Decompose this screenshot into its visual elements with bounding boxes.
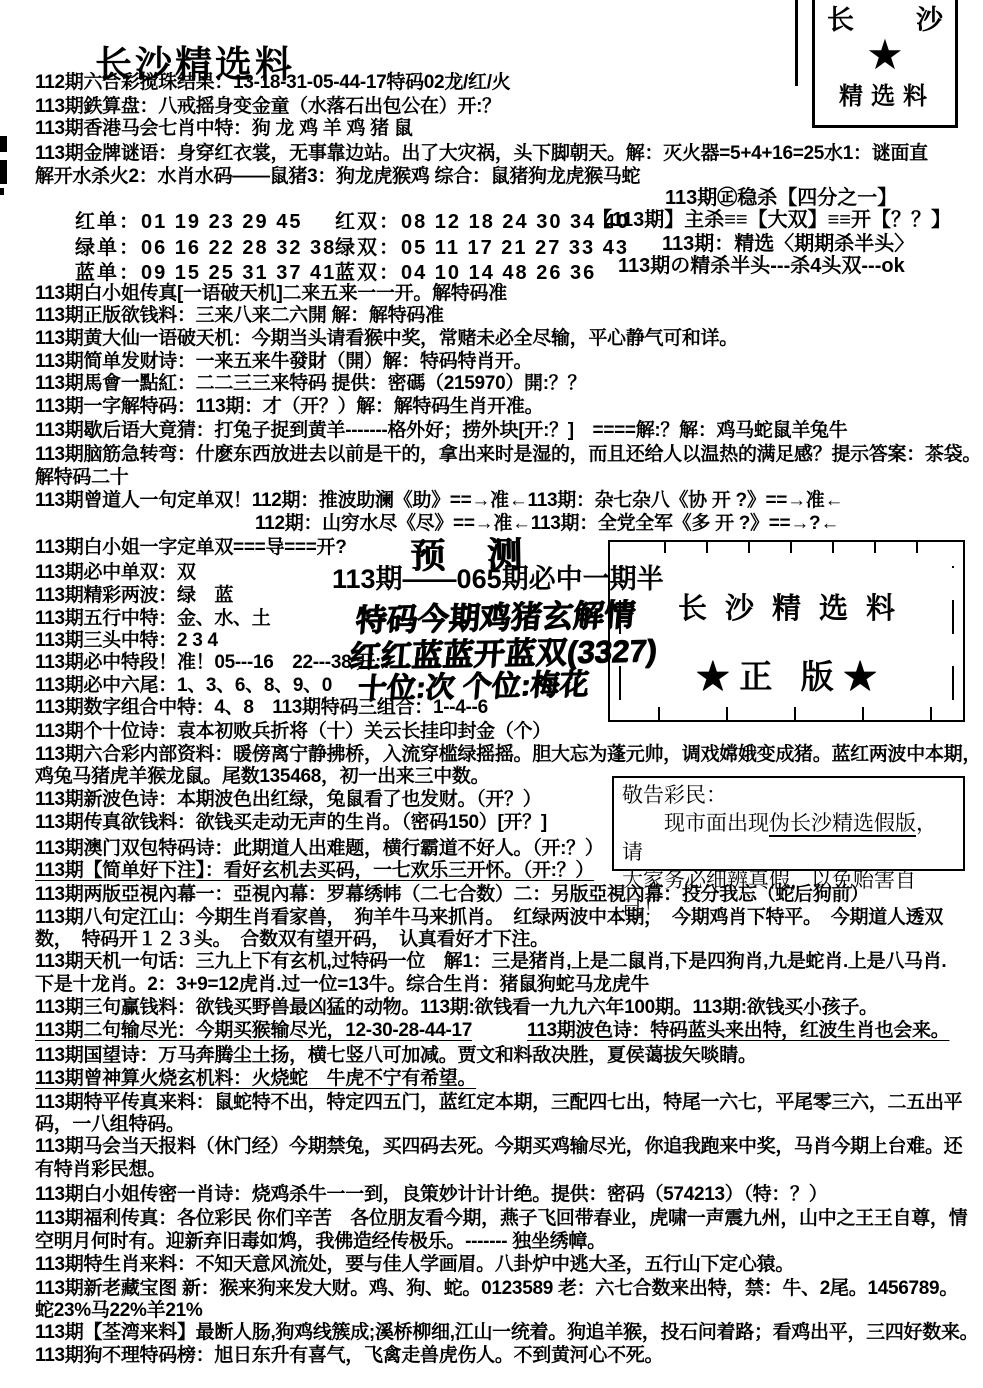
- text-line: 113期歇后语大竟猜：打兔子捉到黄羊-------格外好；捞外块[开:？] ==…: [35, 420, 847, 442]
- text-line: 113期特平传真来料：鼠蛇特不出，特定四五门，蓝红定本期，三配四七出，特尾一六七…: [35, 1092, 962, 1114]
- corner-stamp-city-right: 沙: [916, 0, 943, 37]
- text-line: 113期福利传真：各位彩民 你们辛苦 各位朋友看今期，燕子飞回带春业，虎啸一声震…: [35, 1208, 967, 1230]
- text-line: 鸡兔马猪虎羊猴龙鼠。尾数135468，初一出来三中数。: [35, 766, 489, 788]
- text-line: 113期必中特段！准！05---16 22---38 开:?: [35, 652, 392, 674]
- authenticity-stamp: 长沙精选料 ★正 版★: [608, 540, 965, 722]
- corner-stamp: 长 沙 ★ 精选料: [812, 0, 958, 128]
- notice-line2-prefix: 现市面出现: [664, 811, 769, 835]
- kill-block-line: 113期の精杀半头---杀4头双---ok: [618, 249, 905, 278]
- text-line: 113期【荃湾来料】最断人肠,狗鸡线簇成;溪桥柳细,江山一统着。狗追羊猴，投石问…: [35, 1322, 978, 1344]
- text-line: 113期白小姐传真[一语破天机]二来五来一一开。解特码准: [35, 283, 507, 305]
- text-line: 113期曾道人一句定单双！112期：推波助澜《助》==→准←113期：杂七杂八《…: [35, 490, 843, 512]
- scan-artifact: [0, 188, 4, 195]
- text-line: 113期新老藏宝图 新：猴来狗来发大财。鸡、狗、蛇。0123589 老：六七合数…: [35, 1278, 958, 1300]
- text-line: 113期金牌谜语：身穿红衣裳，无事靠边站。出了大灾祸，头下脚朝天。解：灭火器=5…: [35, 143, 928, 165]
- text-line-underlined: 113期波色诗：特码蓝头来出特，红波生肖也会来。: [527, 1020, 949, 1042]
- text-line: 113期馬會一點紅：二二三三来特码 提供：密碼（215970）開:？？: [35, 373, 586, 395]
- text-line: 解开水杀火2：水肖水码——鼠猪3：狗龙虎猴鸡 综合：鼠猪狗龙虎猴马蛇: [35, 166, 640, 188]
- scan-artifact: [0, 136, 7, 152]
- stamp-perforation: [619, 566, 621, 700]
- text-line: 113期一字解特码：113期：才（开？）解：解特码生肖开准。: [35, 396, 543, 418]
- stamp-name: 长沙精选料: [610, 586, 963, 627]
- text-line: 113期三句赢钱料：欲钱买野兽最凶猛的动物。113期:欲钱看一九九六年100期。…: [35, 997, 878, 1019]
- text-line: 113期传真欲钱料：欲钱买走动无声的生肖。（密码150）[开？]: [35, 812, 547, 834]
- text-line: 113期马会当天报料（休门经）今期禁兔，买四码去死。今期买鸡输尽光，你追我跑来中…: [35, 1136, 962, 1158]
- text-line: 113期白小姐一字定单双===导===开?: [35, 537, 347, 559]
- text-line: 112期六合彩搅珠结果：13-18-31-05-44-17特码02龙/红/火: [35, 72, 510, 94]
- text-line: 113期五行中特：金、水、土: [35, 608, 270, 630]
- stamp-outer-line: [795, 0, 798, 86]
- text-line: 113期个十位诗：袁本初败兵折将（十）关云长挂印封金（个）: [35, 721, 551, 743]
- text-line: 113期新波色诗：本期波色出红绿，兔鼠看了也发财。（开？）: [35, 789, 541, 811]
- notice-box: 敬告彩民： 现市面出现伪长沙精选假版，请 大家务必细辨真假，以免贻害自己！: [612, 776, 965, 871]
- text-line: 113期国望诗：万马奔腾尘土扬，横七竖八可加减。贾文和料敌决胜，夏侯蔼拔矢啖睛。: [35, 1045, 757, 1067]
- text-line: 113期特生肖来料：不知天意风流处，要与佳人学画眉。八卦炉中逃大圣，五行山下定心…: [35, 1254, 794, 1276]
- text-line: 113期必中单双：双: [35, 562, 196, 584]
- text-line: 113期白小姐传密一肖诗：烧鸡杀牛一一到，良策妙计计计绝。提供：密码（57421…: [35, 1184, 827, 1206]
- stamp-perforation: [624, 707, 949, 720]
- stamp-edition: ★正 版★: [610, 651, 963, 698]
- text-line: 113期六合彩内部资料：暖傍离宁静拂桥，入流穿槛绿摇摇。胆大忘为蓬元帅，调戏嫦娥…: [35, 744, 981, 766]
- number-row-blue-even: 蓝双：04 10 14 48 26 36: [335, 256, 596, 285]
- text-line-underlined: 113期二句输尽光：今期买猴输尽光，12-30-28-44-17: [35, 1020, 472, 1042]
- text-line: 码，一八组特码。: [35, 1114, 185, 1136]
- text-line: 113期鉄算盘：八戒摇身变金童（水落石出包公在）开:？: [35, 96, 501, 118]
- number-row-red-odd: 红单：01 19 23 29 45: [75, 205, 302, 234]
- text-line: 113期天机一句话：三九上下有玄机,过特码一位 解1：三是猪肖,上是二鼠肖,下是…: [35, 951, 946, 973]
- corner-stamp-city-left: 长: [827, 0, 854, 37]
- star-icon: ★: [815, 37, 955, 73]
- text-line: 下是十龙肖。2：3+9=12虎肖.过一位=13牛。综合生肖：猪鼠狗蛇马龙虎牛: [35, 974, 649, 996]
- text-line: 113期精彩两波：绿 蓝: [35, 585, 233, 607]
- text-line: 113期黄大仙一语破天机：今期当头请看猴中奖，常赌未必全尽输，平心静气可和详。: [35, 328, 738, 350]
- notice-line2-underlined: 伪长沙精选假版: [769, 811, 916, 837]
- stamp-perforation: [624, 542, 949, 553]
- handwriting-line: 十位:次 个位:梅花: [356, 662, 590, 708]
- text-line: 113期澳门双包特码诗：此期道人出难题，横行霸道不好人。（开:？）: [35, 838, 604, 860]
- text-line: 有特肖彩民想。: [35, 1159, 166, 1181]
- notice-heading: 敬告彩民：: [622, 781, 955, 809]
- stamp-perforation: [952, 566, 954, 700]
- text-line: 113期香港马会七肖中特：狗 龙 鸡 羊 鸡 猪 鼠: [35, 118, 413, 140]
- text-line-underlined: 113期【简单好下注】：看好玄机去买码，一七欢乐三开怀。（开:？）: [35, 860, 594, 882]
- text-line: 113期狗不理特码榜：旭日东升有喜气，飞禽走兽虎伤人。不到黄河心不死。: [35, 1345, 663, 1367]
- text-line: 113期简单发财诗：一来五来牛發財（開）解：特码特肖开。: [35, 351, 532, 373]
- text-line: 蛇23%马22%羊21%: [35, 1300, 202, 1322]
- number-row-blue-odd: 蓝单：09 15 25 31 37 41: [75, 256, 336, 285]
- notice-line2: 现市面出现伪长沙精选假版，请: [622, 809, 955, 866]
- text-line: 数， 特码开１２３头。 合数双有望开码， 认真看好才下注。: [35, 929, 549, 951]
- text-line-underlined: 113期曾神算火烧玄机料：火烧蛇 牛虎不宁有希望。: [35, 1068, 476, 1090]
- number-row-red-even: 红双：08 12 18 24 30 34 40: [335, 205, 630, 234]
- text-line: 解特码二十: [35, 467, 129, 489]
- text-line: 113期脑筋急转弯：什麽东西放进去以前是干的，拿出来时是湿的，而且还给人以温热的…: [35, 444, 981, 466]
- lottery-tip-sheet-page: 长沙精选料 长 沙 ★ 精选料 112期六合彩搅珠结果：13-18-31-05-…: [0, 0, 983, 1388]
- text-line: 113期必中六尾：1、3、6、8、9、0: [35, 675, 332, 697]
- notice-line3: 大家务必细辨真假，以免贻害自己！: [622, 866, 955, 923]
- text-line: 112期：山穷水尽《尽》==→准←113期：全党全军《多 开 ?》==→?←: [255, 513, 839, 535]
- text-line: 113期正版欲钱料：三来八来二六開 解：解特码准: [35, 305, 444, 327]
- scan-artifact: [0, 160, 7, 184]
- text-line: 空明月何时有。迎新弃旧毒如鸩，我佛造经传极乐。------- 独坐绣幛。: [35, 1231, 606, 1253]
- corner-stamp-name: 精选料: [815, 76, 955, 111]
- text-line: 113期三头中特：2 3 4: [35, 630, 218, 652]
